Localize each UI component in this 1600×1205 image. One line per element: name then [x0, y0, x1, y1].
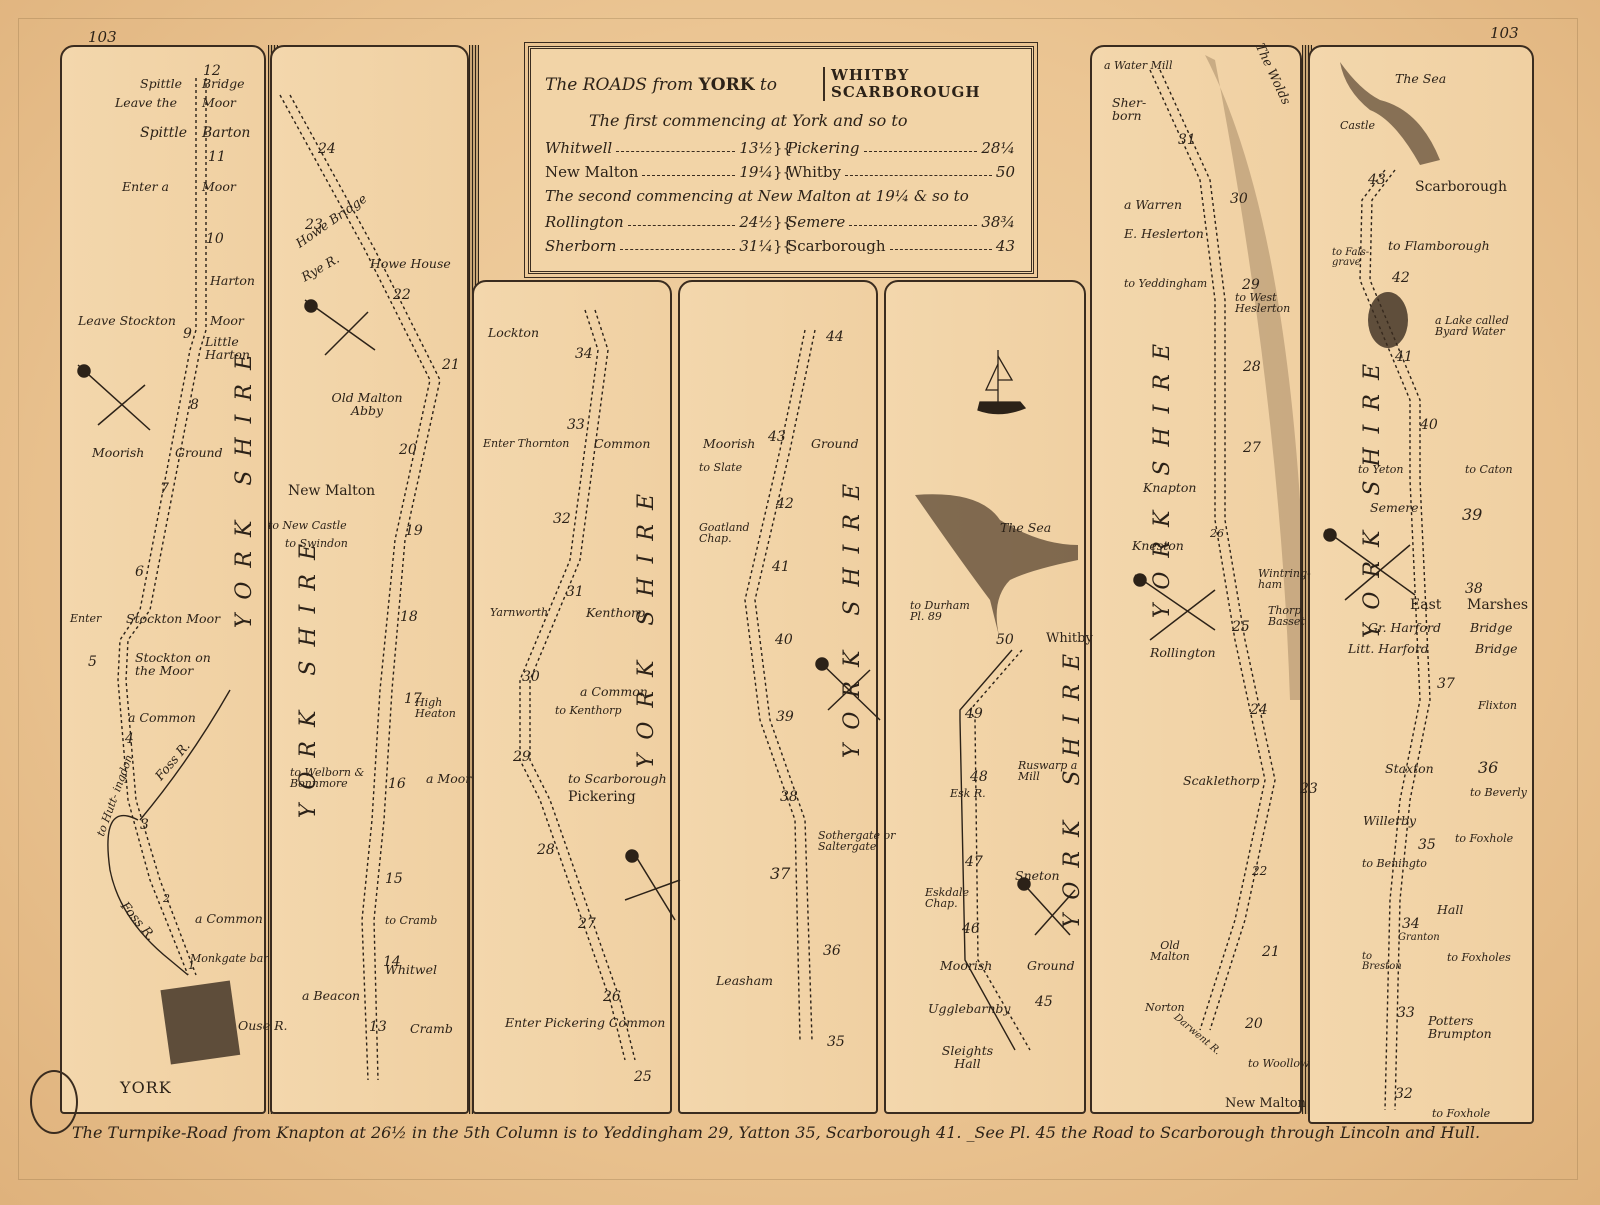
road-direction-label: to West Heslerton: [1235, 292, 1280, 314]
place-label: Castle: [1340, 120, 1375, 131]
milestone: 32: [1395, 1087, 1413, 1101]
place-label: Moorish: [940, 960, 992, 973]
place-label: a Common: [128, 712, 196, 725]
route-distance: 31¼: [739, 237, 773, 255]
second-route-intro: The second commencing at New Malton at 1…: [545, 187, 969, 205]
road-direction-label: to Foxhole: [1455, 833, 1513, 844]
title-to: to: [760, 75, 777, 95]
milestone: 27: [1243, 441, 1261, 455]
milestone: 12: [203, 64, 221, 78]
lake-label: a Lake called Byard Water: [1435, 315, 1525, 337]
place-label: a Water Mill: [1104, 60, 1172, 71]
place-label: Granton: [1398, 933, 1440, 943]
milestone: 32: [553, 512, 571, 526]
milestone: 40: [775, 633, 793, 647]
place-label: Old Malton: [1145, 940, 1195, 962]
place-label: Sleights Hall: [940, 1045, 995, 1070]
place-label: a Common: [195, 913, 263, 926]
place-label: Harton: [210, 275, 255, 288]
place-label: Sothergate or Saltergate: [818, 830, 908, 852]
town-label-new-malton: New Malton: [288, 484, 375, 498]
title-cartouche: The ROADS from YORK to WHITBY SCARBOROUG…: [528, 46, 1034, 274]
road-direction-label: to Fals- grave: [1332, 248, 1372, 268]
milestone: 23: [1300, 782, 1318, 796]
place-label: Moor: [202, 181, 236, 194]
milestone: 18: [400, 610, 418, 624]
milestone: 15: [385, 872, 403, 886]
place-label: Enter Pickering Common: [505, 1017, 665, 1030]
milestone: 42: [1392, 271, 1410, 285]
place-label: Stockton Moor: [126, 613, 220, 626]
milestone: 28: [1243, 360, 1261, 374]
road-direction-label: to Durham Pl. 89: [910, 600, 980, 622]
place-label: Moor: [202, 97, 236, 110]
place-label: Moor: [210, 315, 244, 328]
place-label: Cramb: [410, 1023, 453, 1036]
town-label-scarborough: Scarborough: [1415, 180, 1507, 194]
road-direction-label: to Cramb: [385, 915, 437, 926]
route-place: Scarborough: [787, 237, 886, 255]
river-label: Esk R.: [950, 788, 986, 799]
town-label-pickering: Pickering: [568, 790, 636, 804]
milestone: 2: [163, 893, 170, 904]
milestone: 25: [634, 1070, 652, 1084]
milestone: 9: [183, 327, 192, 341]
place-label: Eskdale Chap.: [925, 887, 975, 909]
road-direction-label: to Slate: [699, 462, 742, 473]
milestone: 49: [965, 707, 983, 721]
table-row: New Malton19¼ }{ Whitby50: [545, 163, 1015, 181]
county-label: YORK SHIRE: [840, 470, 865, 758]
milestone: 43: [768, 430, 786, 444]
table-row: Rollington24½ }{ Semere38¾: [545, 213, 1015, 231]
route-distance: 28¼: [981, 139, 1015, 157]
place-label: Leave the: [115, 97, 177, 110]
place-label: Bridge: [1475, 643, 1518, 656]
place-label: Ground: [811, 438, 859, 451]
milestone: 35: [1418, 838, 1436, 852]
place-label: Leasham: [716, 975, 773, 988]
milestone: 50: [996, 633, 1014, 647]
place-label: Scaklethorp: [1183, 775, 1260, 788]
county-label: YORK SHIRE: [1360, 350, 1385, 638]
milestone: 4: [125, 732, 134, 746]
place-label: Howe House: [370, 258, 451, 271]
milestone: 48: [970, 770, 988, 784]
route-place: Whitby: [787, 163, 841, 181]
road-direction-label: to Flamborough: [1388, 240, 1490, 253]
place-label: Common: [594, 438, 650, 451]
milestone: 39: [1462, 507, 1482, 523]
milestone: 38: [1465, 582, 1483, 596]
place-label: Enter: [70, 613, 101, 624]
place-label: Moorish: [703, 438, 755, 451]
county-label: YORK SHIRE: [1060, 640, 1085, 928]
place-label: Willerby: [1363, 815, 1416, 828]
milestone: 37: [770, 866, 790, 882]
county-label: YORK SHIRE: [1150, 330, 1175, 618]
route-place: Sherborn: [545, 237, 616, 255]
milestone: 39: [776, 710, 794, 724]
county-label: YORK SHIRE: [634, 480, 659, 768]
place-label: Ground: [175, 447, 223, 460]
milestone: 42: [776, 497, 794, 511]
footer-note: The Turnpike-Road from Knapton at 26½ in…: [72, 1123, 1480, 1142]
milestone: 33: [1397, 1006, 1415, 1020]
milestone: 43: [1368, 173, 1386, 187]
title-heading: The ROADS from YORK to: [545, 75, 777, 95]
road-direction-label: to Beverly: [1470, 787, 1527, 798]
place-label: Goatland Chap.: [699, 522, 759, 544]
road-direction-label: to Caton: [1465, 464, 1513, 475]
compass-rose-icon: [625, 850, 680, 920]
place-label: Spittle: [140, 126, 187, 140]
place-label: Stockton on the Moor: [135, 652, 225, 677]
milestone: 8: [190, 398, 199, 412]
place-label: Old Malton Abby: [322, 392, 412, 417]
place-label: Marshes: [1467, 598, 1528, 612]
milestone: 22: [1252, 865, 1267, 877]
place-label: Enter a: [122, 181, 169, 194]
milestone: 26: [1210, 528, 1224, 539]
milestone: 24: [1250, 703, 1268, 717]
place-label: Sher- born: [1112, 97, 1152, 122]
route-distance: 13½: [739, 139, 773, 157]
milestone: 29: [513, 750, 531, 764]
milestone: 25: [1232, 620, 1250, 634]
title-origin: YORK: [699, 75, 755, 95]
milestone: 37: [1437, 677, 1455, 691]
milestone: 21: [1262, 945, 1280, 959]
route-place: Whitwell: [545, 139, 612, 157]
compass-rose-icon: [78, 365, 150, 430]
table-row: Sherborn31¼ }{ Scarborough43: [545, 237, 1015, 255]
route-place: Pickering: [787, 139, 860, 157]
sea-label: The Sea: [1395, 73, 1446, 86]
milestone: 26: [603, 990, 621, 1004]
place-label: Barton: [202, 126, 250, 140]
milestone: 45: [1035, 995, 1053, 1009]
place-label: Ugglebarnby: [928, 1003, 1010, 1016]
place-label: Rollington: [1150, 647, 1216, 660]
place-label: Ground: [1027, 960, 1075, 973]
byard-water-lake: [1368, 292, 1408, 348]
milestone: 11: [208, 150, 226, 164]
road-direction-label: to Woollow: [1248, 1058, 1309, 1069]
county-label: YORK SHIRE: [232, 340, 257, 628]
milestone: 34: [1402, 917, 1420, 931]
place-label: Flixton: [1478, 700, 1517, 711]
milestone: 38: [780, 790, 798, 804]
milestone: 20: [399, 443, 417, 457]
place-label: a Moor: [426, 773, 471, 786]
milestone: 14: [383, 955, 401, 969]
milestone: 27: [578, 917, 596, 931]
place-label: E. Heslerton: [1124, 228, 1204, 241]
milestone: 7: [160, 482, 169, 496]
place-label: a Warren: [1124, 199, 1182, 212]
place-label: a Beacon: [302, 990, 360, 1003]
milestone: 30: [522, 670, 540, 684]
city-label-york: YORK: [120, 1080, 172, 1096]
compass-rose-icon: [305, 300, 375, 355]
route-place: Semere: [787, 213, 845, 231]
first-route-intro: The first commencing at York and so to: [589, 111, 907, 130]
place-label: Bridge: [1470, 622, 1513, 635]
milestone: 33: [567, 418, 585, 432]
milestone: 41: [772, 560, 790, 574]
destination-scarborough: SCARBOROUGH: [831, 84, 981, 101]
place-label: Lockton: [488, 327, 539, 340]
place-label: Potters Brumpton: [1428, 1015, 1503, 1040]
route-place: Rollington: [545, 213, 624, 231]
road-direction-label: to Foxholes: [1447, 952, 1511, 963]
road-direction-label: to Foxhole: [1432, 1108, 1490, 1119]
route-distance: 24½: [739, 213, 773, 231]
destination-whitby: WHITBY: [831, 67, 981, 84]
place-label: Wintring- ham: [1258, 568, 1298, 590]
place-label: Thorp Basset: [1268, 605, 1308, 627]
milestone: 28: [537, 843, 555, 857]
milestone: 20: [1245, 1017, 1263, 1031]
place-label: East: [1410, 598, 1441, 612]
milestone: 44: [826, 330, 844, 344]
title-destinations: WHITBY SCARBOROUGH: [823, 67, 981, 101]
table-row: Whitwell13½ }{ Pickering28¼: [545, 139, 1015, 157]
place-label: High Heaton: [415, 697, 465, 719]
milestone: 24: [318, 142, 336, 156]
milestone: 17: [404, 692, 422, 706]
place-label: Staxton: [1385, 763, 1434, 776]
milestone: 21: [442, 358, 460, 372]
county-label: YORK SHIRE: [296, 530, 321, 818]
place-label: Moorish: [92, 447, 144, 460]
river-label: Ouse R.: [238, 1020, 287, 1033]
milestone: 19: [405, 524, 423, 538]
place-label: Monkgate bar: [190, 953, 269, 964]
route-distance: 19¼: [739, 163, 773, 181]
milestone: 41: [1395, 350, 1413, 364]
york-city-plan: [160, 980, 240, 1064]
milestone: 31: [566, 585, 584, 599]
place-label: Bridge: [202, 78, 245, 91]
place-label: Spittle: [140, 78, 182, 91]
route-distance: 50: [996, 163, 1015, 181]
ship-icon: [978, 350, 1025, 414]
milestone: 5: [88, 655, 97, 669]
milestone: 31: [1178, 133, 1196, 147]
milestone: 6: [135, 565, 144, 579]
milestone: 22: [393, 288, 411, 302]
milestone: 36: [1478, 760, 1498, 776]
milestone: 35: [827, 1035, 845, 1049]
milestone: 47: [965, 855, 983, 869]
milestone: 23: [305, 218, 323, 232]
milestone: 10: [206, 232, 224, 246]
milestone: 13: [369, 1020, 387, 1034]
milestone: 1: [188, 960, 195, 971]
place-label: Sneton: [1015, 870, 1060, 883]
place-label: Leave Stockton: [78, 315, 176, 328]
milestone: 46: [962, 922, 980, 936]
route-place: New Malton: [545, 163, 638, 181]
place-label: Yarnworth: [490, 607, 548, 618]
place-label: Litt. Harford: [1348, 643, 1429, 656]
road-direction-label: to Breston: [1362, 952, 1402, 972]
milestone: 36: [823, 944, 841, 958]
milestone: 3: [140, 818, 149, 832]
milestone: 29: [1242, 278, 1260, 292]
milestone: 40: [1420, 418, 1438, 432]
road-direction-label: to Beningto: [1362, 858, 1427, 869]
place-label: Hall: [1437, 904, 1463, 917]
road-direction-label: to Yeddingham: [1124, 278, 1207, 289]
road-direction-label: to Kenthorp: [555, 705, 621, 716]
sea-label: The Sea: [1000, 522, 1051, 535]
milestone: 30: [1230, 192, 1248, 206]
milestone: 34: [575, 347, 593, 361]
road-direction-label: to Scarborough: [568, 773, 667, 786]
town-label-new-malton: New Malton: [1225, 1097, 1306, 1110]
milestone: 16: [388, 777, 406, 791]
route-distance: 43: [996, 237, 1015, 255]
title-prefix: The ROADS from: [545, 75, 693, 95]
place-label: Enter Thornton: [483, 438, 569, 449]
route-distance: 38¾: [981, 213, 1015, 231]
